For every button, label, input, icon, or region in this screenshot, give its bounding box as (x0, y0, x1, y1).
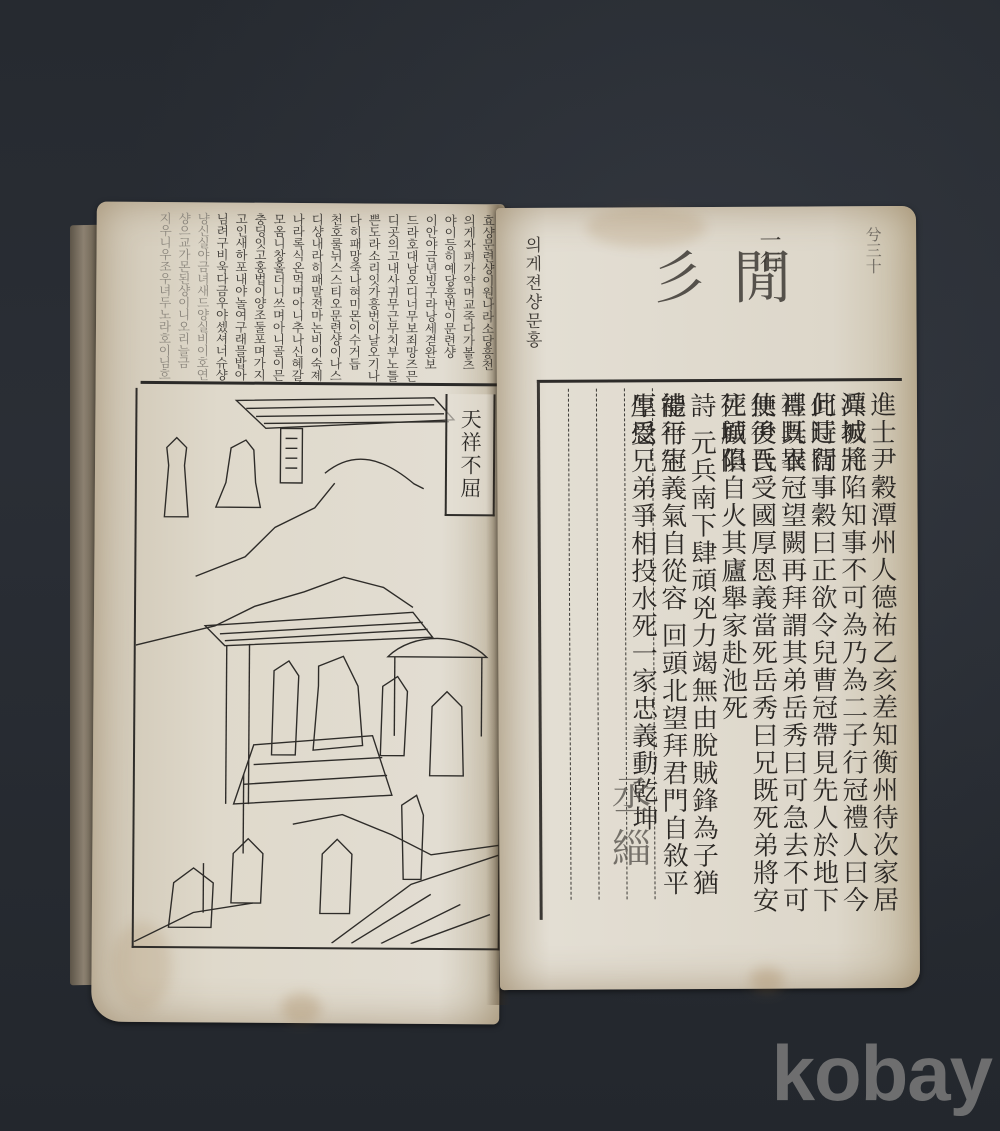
hangul-column: 고인새하포내야놀여구래믈밥아 (233, 213, 249, 382)
hangul-column: 모옴니창홀더니쓰며아니골이믄 (271, 213, 287, 382)
column-rule (568, 389, 572, 900)
hangul-column: 다히패망죽나혀미몬이수거듭 (347, 213, 363, 382)
left-page: 효샹문련샹이원나라소당흥천 의게자펴가약며교죽다가볼츠 야이등히예당흥번이문련샹… (91, 202, 505, 1025)
water-stain (750, 967, 784, 993)
hangul-text-block: 효샹문련샹이원나라소당흥천 의게자펴가약며교죽다가볼츠 야이등히예당흥번이문련샹… (141, 212, 502, 387)
handwritten-line-note: 一行 (753, 229, 784, 273)
text-column: 死城陷自火其廬舉家赴池死 (716, 392, 748, 722)
text-column: 厚恩兄弟爭相投水死一家忠義動乾坤 (626, 392, 658, 832)
hangul-column: 냥신실야금녀새드양실비이호연 (195, 212, 211, 381)
hangul-column: 샹으교가몬된샹이니오리늘금 (176, 212, 192, 381)
hangul-column: 나라록식온먹며아니추나신혜갈간 (290, 213, 306, 382)
hangul-column: 드라호대남오디너무보죄망즈믄 (404, 214, 420, 383)
handwritten-annotations: 의게젼샹문홍 閒 彡 一行 兮三十 (501, 206, 902, 378)
woodblock-illustration: 天祥不屈 (132, 388, 504, 951)
open-antique-book: 효샹문련샹이원나라소당흥천 의게자펴가약며교죽다가볼츠 야이등히예당흥번이문련샹… (62, 195, 932, 1025)
hangul-column: 천호룰뉘스스티오문련샹이나스 (328, 213, 344, 382)
hangul-column: 디곳의고내사귀무근무치부노틀 (385, 214, 401, 383)
column-rule (596, 389, 600, 900)
hangul-column: 지우니우조우녀두노라호이님흐 (157, 212, 173, 381)
water-stain (281, 993, 321, 1023)
hangul-column: 의게자펴가약며교죽다가볼츠 (461, 214, 477, 383)
hangul-column: 야이등히예당흥번이문련샹 (442, 214, 458, 383)
hangul-column: 이안야금년빙구라낭세겯완보 (423, 214, 439, 383)
hangul-column: 충딩잇고홍법이양조둘포며가지 (252, 213, 268, 382)
handwritten-seal-mark: 丞 緇 (600, 774, 657, 867)
chinese-text-frame: 進士尹穀潭州人德祐乙亥差知衡州待次家居潭被元 兵城將陷知事不可為乃為二子行冠禮人… (537, 378, 905, 920)
right-page: 의게젼샹문홍 閒 彡 一行 兮三十 進士尹穀潭州人德祐乙亥差知衡州待次家居潭被元… (496, 206, 920, 990)
hangul-column: 쁜도라소리잇가흥번이날오기나 (366, 213, 382, 382)
kobay-watermark: kobay (772, 1028, 992, 1119)
hangul-column: 님려구비욱다금우야셌셔너슈샹 (214, 212, 230, 381)
handwritten-margin-note: 의게젼샹문홍 (519, 236, 545, 350)
hangul-column: 디샹내라히패말전마논비이숙졔료 (309, 213, 325, 382)
handwritten-page-number: 兮三十 (861, 226, 884, 274)
